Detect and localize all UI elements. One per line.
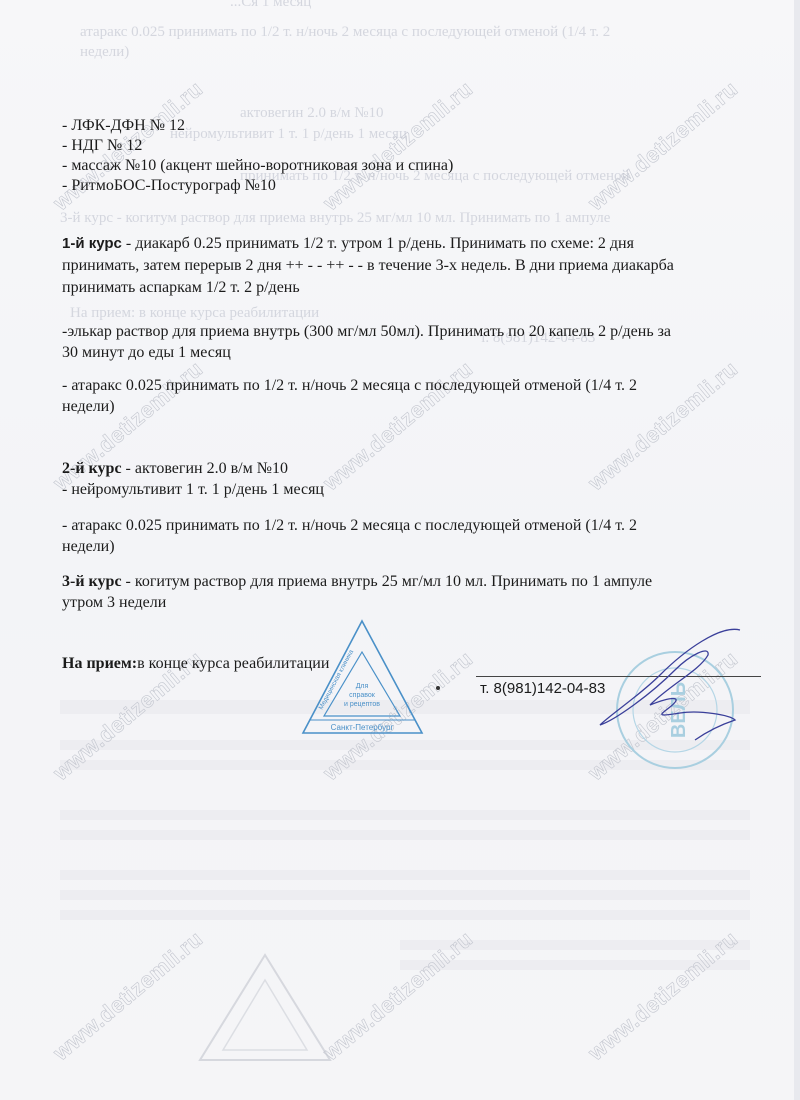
stamp-center-text: справок (349, 692, 376, 699)
procedure-item: - массаж №10 (акцент шейно-воротниковая … (62, 155, 453, 176)
course1-line2: принимать, затем перерыв 2 дня ++ - - ++… (62, 255, 674, 276)
course3-line1: 3-й курс - когитум раствор для приема вн… (62, 571, 652, 592)
elkar-line1: -элькар раствор для приема внутрь (300 м… (62, 321, 671, 342)
signature-icon (590, 625, 770, 745)
stamp-bottom-text: Санкт-Петербург (331, 723, 394, 732)
atarax-line2: недели) (62, 396, 115, 417)
course1-line3: принимать аспаркам 1/2 т. 2 р/день (62, 277, 300, 298)
phone-number: т. 8(981)142-04-83 (480, 680, 605, 697)
bleed-text: актовегин 2.0 в/м №10 (240, 105, 384, 122)
bleed-text: На прием: в конце курса реабилитации (70, 305, 319, 322)
elkar-line2: 30 минут до еды 1 месяц (62, 342, 231, 363)
bleed-text: ...Ся 1 месяц (230, 0, 311, 11)
course2-line1: 2-й курс - актовегин 2.0 в/м №10 (62, 458, 288, 479)
bleed-line (60, 810, 750, 820)
procedure-item: - ЛФК-ДФН № 12 (62, 115, 185, 136)
course2-atarax2: недели) (62, 536, 115, 557)
course2-atarax1: - атаракс 0.025 принимать по 1/2 т. н/но… (62, 515, 637, 536)
course2-text: - актовегин 2.0 в/м №10 (122, 460, 288, 477)
bleed-line (60, 890, 750, 900)
ink-dot (436, 686, 440, 690)
course3-label: 3-й курс (62, 573, 122, 590)
course1-line1: 1-й курс - диакарб 0.25 принимать 1/2 т.… (62, 233, 634, 254)
bleed-line (60, 910, 750, 920)
bleed-line (60, 870, 750, 880)
bleed-text: недели) (80, 44, 129, 61)
appointment-line: На прием:в конце курса реабилитации (62, 653, 329, 674)
appointment-label: На прием: (62, 655, 137, 672)
bleed-text: нейромультивит 1 т. 1 р/день 1 месяц (170, 126, 407, 143)
atarax-line1: - атаракс 0.025 принимать по 1/2 т. н/но… (62, 375, 637, 396)
course2-label: 2-й курс (62, 460, 122, 477)
course2-line2: - нейромультивит 1 т. 1 р/день 1 месяц (62, 479, 324, 500)
paper-edge (794, 0, 800, 1100)
course3-text: - когитум раствор для приема внутрь 25 м… (122, 573, 653, 590)
bleed-stamp-icon (195, 950, 335, 1070)
stamp-center-text: и рецептов (344, 701, 380, 708)
procedure-item: - РитмоБОС-Постурограф №10 (62, 175, 276, 196)
stamp-center-text: Для (356, 683, 369, 690)
triangle-stamp-icon: Для справок и рецептов Санкт-Петербург М… (300, 618, 425, 738)
bleed-text: атаракс 0.025 принимать по 1/2 т. н/ночь… (80, 24, 610, 41)
course3-line2: утром 3 недели (62, 592, 166, 613)
bleed-line (60, 830, 750, 840)
procedure-item: - НДГ № 12 (62, 135, 142, 156)
course1-label: 1-й курс (62, 235, 122, 252)
course1-text: - диакарб 0.25 принимать 1/2 т. утром 1 … (122, 235, 634, 252)
